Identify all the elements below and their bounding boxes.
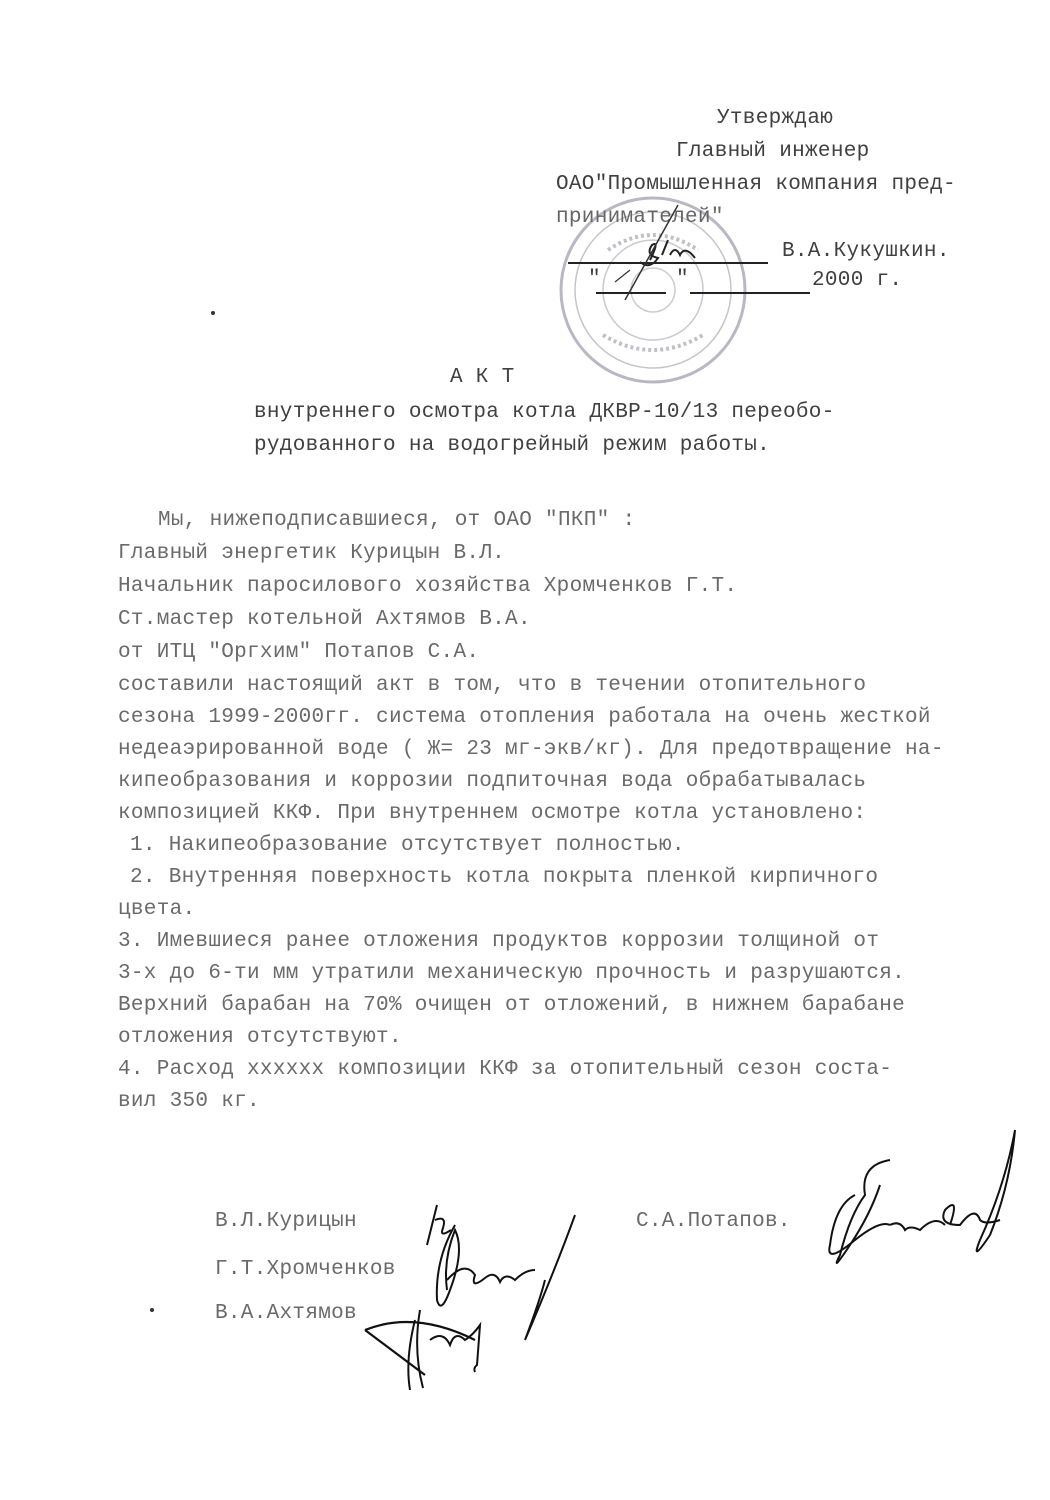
date-day-line	[596, 292, 666, 294]
body-line: составили настоящий акт в том, что в теч…	[118, 674, 866, 697]
intro-line: Главный энергетик Курицын В.Л.	[118, 542, 505, 565]
signatory-name: Г.Т.Хромченков	[215, 1258, 396, 1281]
finding-line: 3. Имевшиеся ранее отложения продуктов к…	[118, 930, 879, 953]
date-month-line	[690, 292, 810, 294]
speck	[150, 1308, 154, 1312]
finding-line: Верхний барабан на 70% очищен от отложен…	[118, 994, 905, 1017]
date-open-quote: "	[588, 268, 601, 291]
body-line: кипеобразования и коррозии подпиточная в…	[118, 770, 866, 793]
approval-company: ОАО"Промышленная компания пред-	[556, 173, 956, 196]
signatory-name: В.А.Ахтямов	[215, 1302, 357, 1325]
intro-line: Начальник паросилового хозяйства Хромчен…	[118, 575, 737, 598]
body-line: сезона 1999-2000гг. система отопления ра…	[118, 706, 931, 729]
body-line: недеаэрированной воде ( Ж= 23 мг-экв/кг)…	[118, 738, 944, 761]
handwritten-signature-icon	[355, 1190, 595, 1390]
intro-line: Мы, нижеподписавшиеся, от ОАО "ПКП" :	[158, 509, 635, 532]
document-heading: А К Т	[450, 366, 515, 389]
date-mid-quote: "	[676, 268, 689, 291]
document-page: Утверждаю Главный инженер ОАО"Промышленн…	[0, 0, 1050, 1500]
document-subtitle-line1: внутреннего осмотра котла ДКВР-10/13 пер…	[254, 401, 835, 424]
finding-line: 3-х до 6-ти мм утратили механическую про…	[118, 962, 905, 985]
approval-company-cont: принимателей"	[556, 206, 724, 229]
finding-line: 2. Внутренняя поверхность котла покрыта …	[130, 866, 878, 889]
intro-line: от ИТЦ "Оргхим" Потапов С.А.	[118, 641, 479, 664]
handwritten-signature-icon	[810, 1125, 1025, 1275]
approval-position: Главный инженер	[676, 140, 870, 163]
document-subtitle-line2: рудованного на водогрейный режим работы.	[254, 434, 770, 457]
signatory-name: С.А.Потапов.	[636, 1210, 791, 1233]
speck	[211, 311, 215, 315]
signature-line	[568, 262, 768, 264]
finding-line: 4. Расход хххххх композиции ККФ за отопи…	[118, 1058, 892, 1081]
approval-signer: В.А.Кукушкин.	[782, 240, 950, 263]
finding-line: вил 350 кг.	[118, 1090, 260, 1113]
finding-line: 1. Накипеобразование отсутствует полност…	[130, 834, 685, 857]
body-line: композицией ККФ. При внутреннем осмотре …	[118, 802, 866, 825]
finding-line: цвета.	[118, 898, 195, 921]
approval-year: 2000 г.	[812, 269, 902, 292]
approval-line: Утверждаю	[717, 107, 833, 130]
intro-line: Ст.мастер котельной Ахтямов В.А.	[118, 608, 531, 631]
signatory-name: В.Л.Курицын	[215, 1210, 357, 1233]
finding-line: отложения отсутствуют.	[118, 1026, 402, 1049]
